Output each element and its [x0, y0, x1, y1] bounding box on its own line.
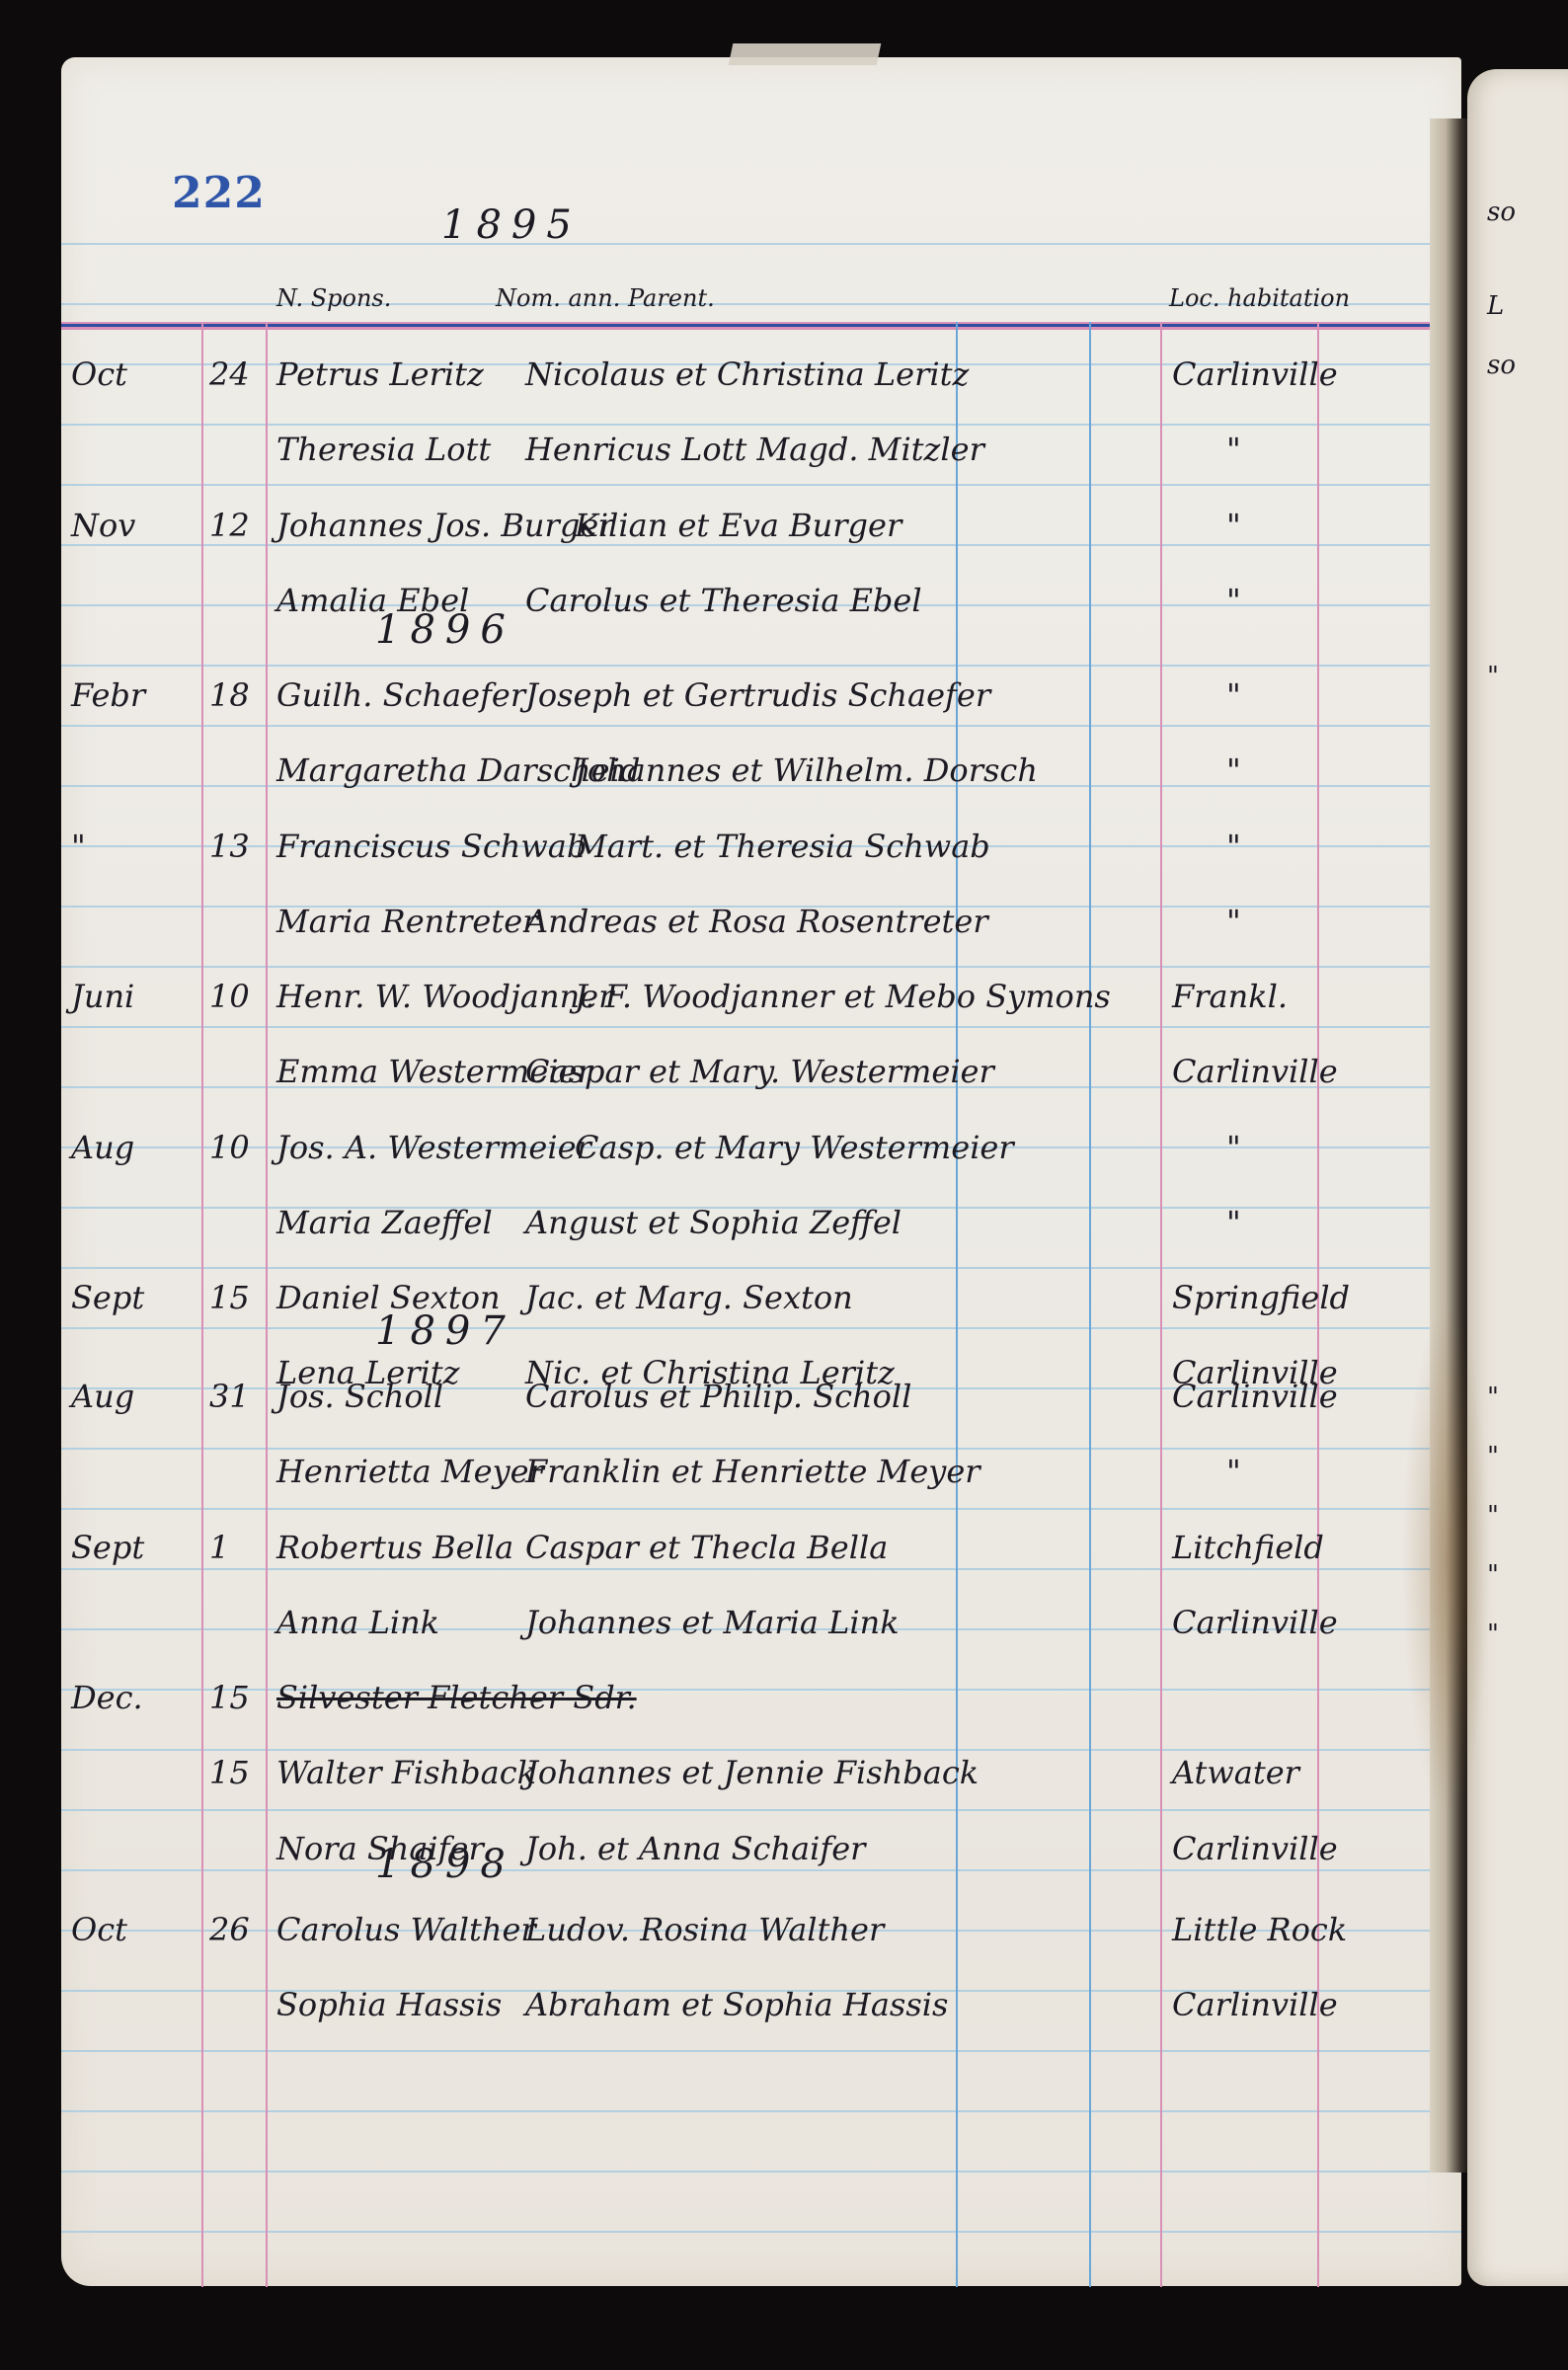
entry-residence: Carlinville [1172, 1056, 1338, 1087]
ledger-page: 222 N. Spons. Nom. ann. Parent. Loc. hab… [61, 57, 1461, 2286]
entry-month: Nov [71, 510, 135, 541]
ruled-line [61, 665, 1461, 667]
entry-sponsor-name: Carolus Walther [276, 1914, 536, 1945]
ruled-line [61, 1327, 1461, 1329]
entry-sponsor-name: Sophia Hassis [276, 1989, 502, 2020]
ruled-line [61, 1568, 1461, 1570]
entry-month: Aug [71, 1132, 134, 1163]
entry-day: 18 [209, 679, 250, 711]
year-heading: 1898 [375, 1845, 515, 1884]
entry-month: Oct [71, 1914, 127, 1945]
entry-sponsor-name: Johannes Jos. Burger [276, 510, 614, 541]
entry-sponsor-name: Guilh. Schaefer [276, 679, 525, 711]
entry-parents: Joseph et Gertrudis Schaefer [525, 679, 990, 711]
page-number: 222 [172, 168, 266, 218]
entry-day: 1 [209, 1532, 229, 1563]
year-heading: 1897 [375, 1311, 515, 1351]
entry-sponsor-name: Franciscus Schwab [276, 830, 587, 862]
entry-month: Sept [71, 1532, 144, 1563]
header-rule [61, 322, 1461, 330]
entry-day: 15 [209, 1682, 250, 1713]
ruled-line [61, 2110, 1461, 2112]
book-gutter [1430, 118, 1469, 2172]
entry-sponsor-name: Maria Rentreter [276, 906, 537, 937]
entry-day: 12 [209, 510, 250, 541]
entry-month: Febr [71, 679, 145, 711]
entry-residence: Springfield [1172, 1282, 1350, 1313]
entry-sponsor-name: Henr. W. Woodjanner [276, 981, 613, 1012]
entry-residence: Litchfield [1172, 1532, 1324, 1563]
adjacent-page-fragment: so [1487, 351, 1516, 380]
ruled-line [61, 1026, 1461, 1028]
entry-day: 15 [209, 1282, 250, 1313]
entry-month: Sept [71, 1282, 144, 1313]
entry-residence: Frankl. [1172, 981, 1288, 1012]
entry-residence: " [1226, 510, 1241, 541]
entry-parents: Johannes et Maria Link [525, 1607, 900, 1638]
entry-parents: Johannes et Wilhelm. Dorsch [575, 754, 1038, 786]
year-heading: 1895 [441, 205, 582, 245]
entry-residence: Carlinville [1172, 1607, 1338, 1638]
entry-parents: Johannes et Jennie Fishback [525, 1757, 979, 1788]
entry-month: Oct [71, 358, 127, 390]
entry-sponsor-name: Jos. A. Westermeier [276, 1132, 591, 1163]
adjacent-page-fragment: so [1487, 197, 1516, 227]
entry-day: 31 [209, 1381, 250, 1412]
entry-residence: Carlinville [1172, 1833, 1338, 1864]
entry-parents: Carolus et Theresia Ebel [525, 585, 922, 616]
margin-line-day [266, 322, 268, 2287]
ruled-line [61, 424, 1461, 426]
entry-sponsor-name: Anna Link [276, 1607, 439, 1638]
entry-residence: " [1226, 1207, 1241, 1238]
entry-sponsor-name: Walter Fishback [276, 1757, 536, 1788]
entry-day: 24 [209, 358, 250, 390]
entry-sponsor-name: Petrus Leritz [276, 358, 484, 390]
water-stain [1402, 1303, 1491, 1817]
entry-parents: Andreas et Rosa Rosentreter [525, 906, 988, 937]
entry-residence: " [1226, 754, 1241, 786]
ruled-line [61, 1869, 1461, 1871]
entry-residence: " [1226, 830, 1241, 862]
entry-residence: " [1226, 434, 1241, 465]
header-residence: Loc. habitation [1169, 286, 1350, 310]
ruled-line [61, 1809, 1461, 1811]
entry-month: Juni [71, 981, 134, 1012]
column-line-2 [1089, 322, 1091, 2287]
entry-parents: Mart. et Theresia Schwab [575, 830, 990, 862]
entry-month: Dec. [71, 1682, 143, 1713]
entry-parents: Angust et Sophia Zeffel [525, 1207, 902, 1238]
ruled-line [61, 2050, 1461, 2052]
entry-residence: " [1226, 906, 1241, 937]
entry-residence: " [1226, 1456, 1241, 1487]
margin-line-month [201, 322, 203, 2287]
entry-parents: Franklin et Henriette Meyer [525, 1456, 980, 1487]
ruled-line [61, 2231, 1461, 2233]
entry-sponsor-name: Henrietta Meyer [276, 1456, 544, 1487]
entry-day: 10 [209, 981, 250, 1012]
entry-residence: " [1226, 679, 1241, 711]
entry-parents: Nicolaus et Christina Leritz [525, 358, 969, 390]
entry-parents: Abraham et Sophia Hassis [525, 1989, 948, 2020]
entry-day: 13 [209, 830, 250, 862]
ruled-line [61, 1508, 1461, 1510]
entry-residence: " [1226, 1132, 1241, 1163]
entry-parents: Caspar et Mary. Westermeier [525, 1056, 994, 1087]
adjacent-page-fragment: " [1487, 662, 1499, 691]
ruled-line [61, 544, 1461, 546]
entry-residence: " [1226, 585, 1241, 616]
header-sponsor: N. Spons. [276, 286, 391, 310]
entry-parents: Ludov. Rosina Walther [525, 1914, 884, 1945]
ruled-line [61, 1267, 1461, 1269]
entry-residence: Carlinville [1172, 1381, 1338, 1412]
entry-sponsor-name: Jos. Scholl [276, 1381, 443, 1412]
entry-parents: Jac. et Marg. Sexton [525, 1282, 853, 1313]
ruled-line [61, 243, 1461, 245]
column-line-residence [1160, 322, 1162, 2287]
ruled-line [61, 725, 1461, 727]
ruled-line [61, 966, 1461, 968]
entry-day: 26 [209, 1914, 250, 1945]
header-parents: Nom. ann. Parent. [496, 286, 715, 310]
entry-month: " [71, 830, 86, 862]
entry-month: Aug [71, 1381, 134, 1412]
column-line-1 [956, 322, 958, 2287]
ruled-line [61, 1689, 1461, 1691]
entry-residence: Carlinville [1172, 358, 1338, 390]
year-heading: 1896 [375, 610, 515, 650]
entry-residence: Little Rock [1172, 1914, 1347, 1945]
ruled-line [61, 484, 1461, 486]
ruled-line [61, 1749, 1461, 1751]
ruled-line [61, 2171, 1461, 2172]
entry-residence: Carlinville [1172, 1989, 1338, 2020]
ruled-line [61, 1448, 1461, 1450]
entry-day: 10 [209, 1132, 250, 1163]
entry-parents: Kilian et Eva Burger [575, 510, 902, 541]
entry-sponsor-name: Maria Zaeffel [276, 1207, 493, 1238]
entry-parents: Henricus Lott Magd. Mitzler [525, 434, 984, 465]
entry-parents: Carolus et Philip. Scholl [525, 1381, 911, 1412]
entry-parents: Casp. et Mary Westermeier [575, 1132, 1014, 1163]
adjacent-page-fragment: L [1487, 291, 1504, 321]
entry-sponsor-name: Theresia Lott [276, 434, 491, 465]
entry-parents: Caspar et Thecla Bella [525, 1532, 888, 1563]
entry-parents: J. F. Woodjanner et Mebo Symons [575, 981, 1111, 1012]
entry-parents: Joh. et Anna Schaifer [525, 1833, 865, 1864]
entry-sponsor-name: Silvester Fletcher Sdr. [276, 1682, 637, 1713]
entry-residence: Atwater [1172, 1757, 1299, 1788]
torn-tape [729, 43, 882, 65]
adjacent-page: soLso"""""" [1467, 69, 1568, 2286]
entry-day: 15 [209, 1757, 250, 1788]
entry-sponsor-name: Robertus Bella [276, 1532, 513, 1563]
